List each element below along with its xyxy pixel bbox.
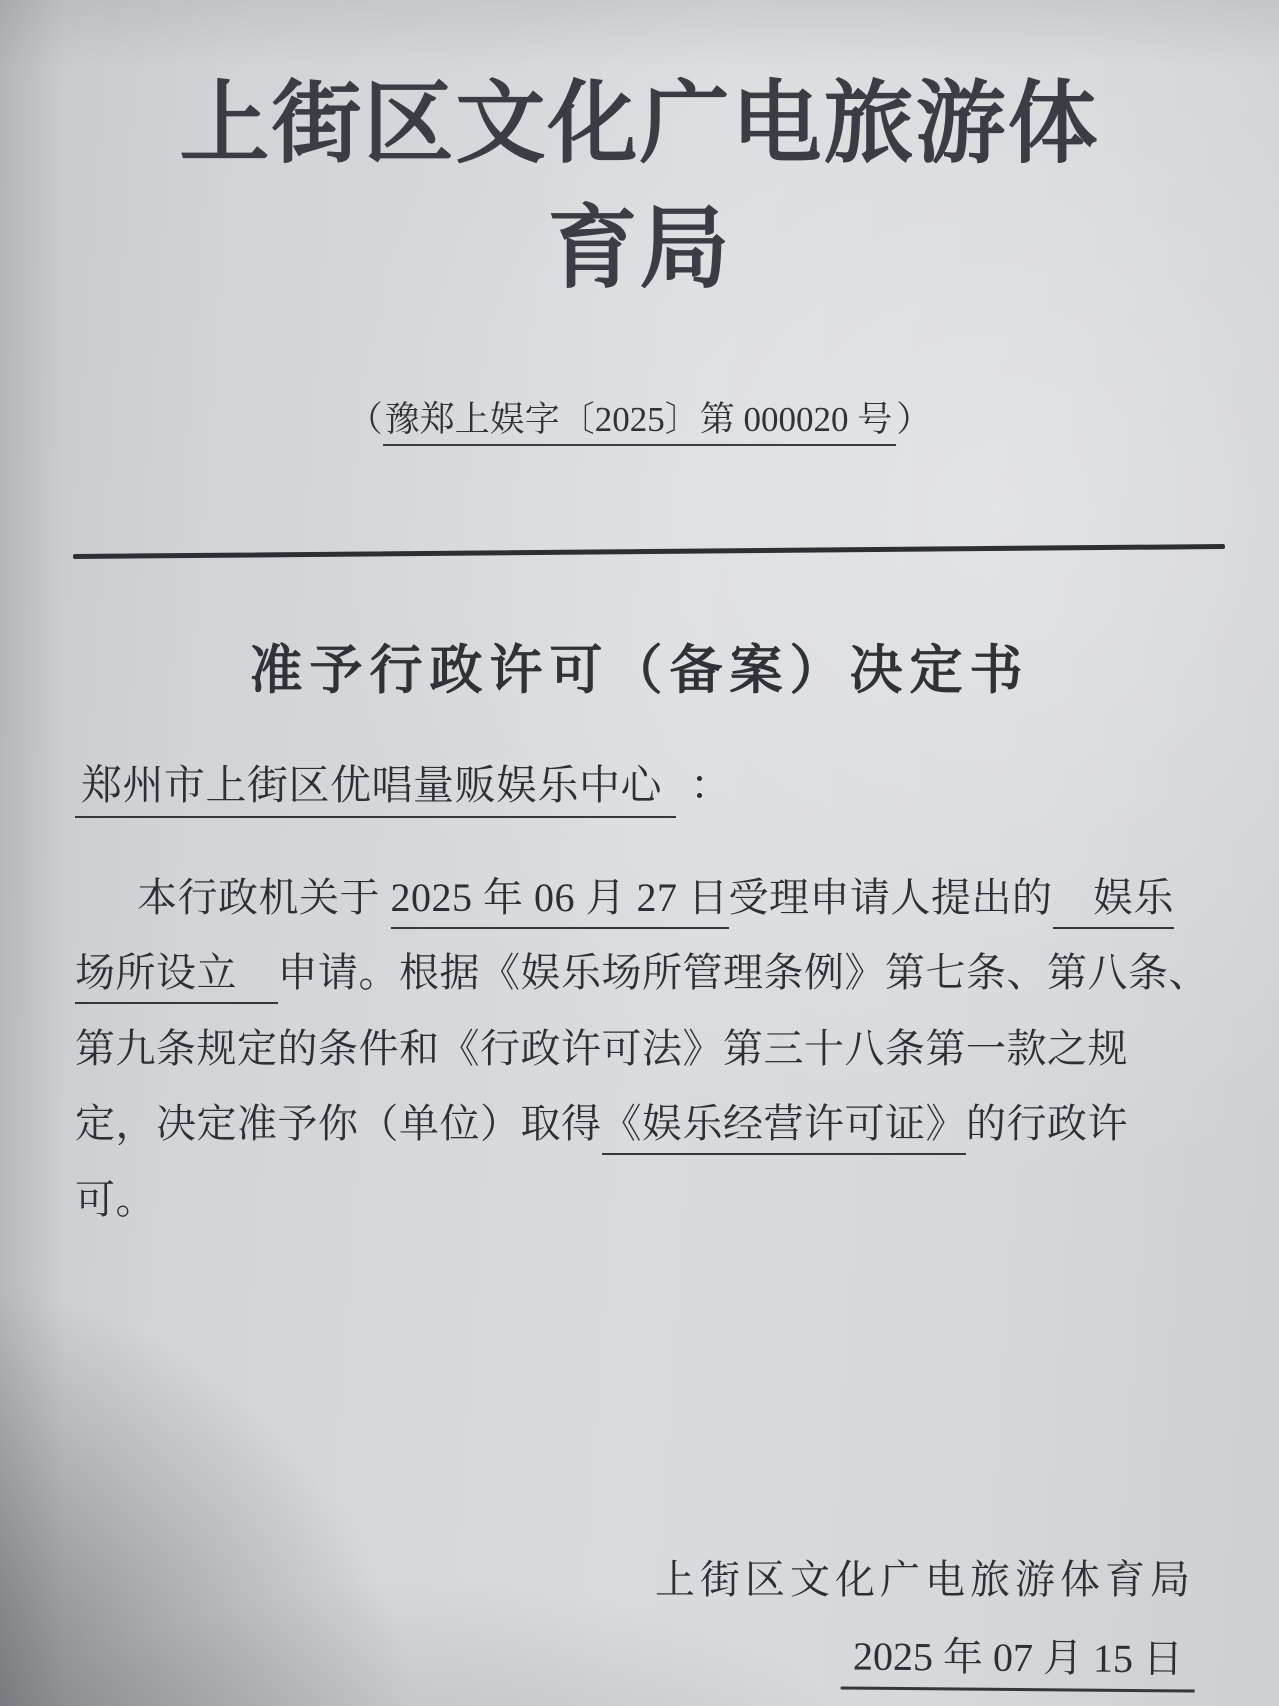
document-photo: 上街区文化广电旅游体育局 （豫郑上娱字〔2025〕第 000020 号） 准予行… (0, 0, 1279, 1706)
paragraph-line-5: 可。 (75, 1168, 156, 1225)
recipient-line: 郑州市上街区优唱量贩娱乐中心： (75, 752, 732, 811)
doc-number: （豫郑上娱字〔2025〕第 000020 号） (0, 392, 1279, 442)
doc-number-open-paren: （ (348, 400, 383, 439)
section-divider (73, 544, 1225, 559)
line1-pre-text: 本行政机关于 (137, 875, 391, 920)
paragraph-line-2: 场所设立 申请。根据《娱乐场所管理条例》第七条、第八条、 (75, 941, 1209, 998)
signature-agency: 上街区文化广电旅游体育局 (655, 1548, 1195, 1605)
line4-post-text: 的行政许 (966, 1101, 1128, 1146)
line5-text: 可。 (75, 1177, 156, 1222)
line1-mid-text: 受理申请人提出的 (729, 875, 1053, 920)
doc-number-close-paren: ） (896, 400, 931, 439)
doc-number-value: 豫郑上娱字〔2025〕第 000020 号 (383, 400, 897, 446)
accepted-date: 2025 年 06 月 27 日 (391, 875, 729, 929)
recipient-colon: ： (690, 762, 732, 808)
issue-date: 2025 年 07 月 15 日 (841, 1624, 1195, 1684)
application-type-end: 场所设立 (75, 950, 278, 1004)
application-type-start: 娱乐 (1053, 875, 1175, 929)
line2-rest-text: 申请。根据《娱乐场所管理条例》第七条、第八条、 (278, 950, 1210, 995)
recipient-name: 郑州市上街区优唱量贩娱乐中心 (75, 762, 676, 818)
paragraph-line-1: 本行政机关于 2025 年 06 月 27 日受理申请人提出的 娱乐 (75, 866, 1174, 923)
line3-text: 第九条规定的条件和《行政许可法》第三十八条第一款之规 (75, 1026, 1128, 1071)
issue-date-value: 2025 年 07 月 15 日 (841, 1633, 1195, 1692)
paragraph-line-4: 定，决定准予你（单位）取得《娱乐经营许可证》的行政许 (75, 1092, 1128, 1149)
license-name: 《娱乐经营许可证》 (602, 1101, 967, 1155)
paragraph-line-3: 第九条规定的条件和《行政许可法》第三十八条第一款之规 (75, 1017, 1128, 1074)
decision-heading: 准予行政许可（备案）决定书 (0, 628, 1279, 704)
agency-title: 上街区文化广电旅游体育局 (135, 62, 1145, 312)
line4-pre-text: 定，决定准予你（单位）取得 (75, 1101, 602, 1146)
